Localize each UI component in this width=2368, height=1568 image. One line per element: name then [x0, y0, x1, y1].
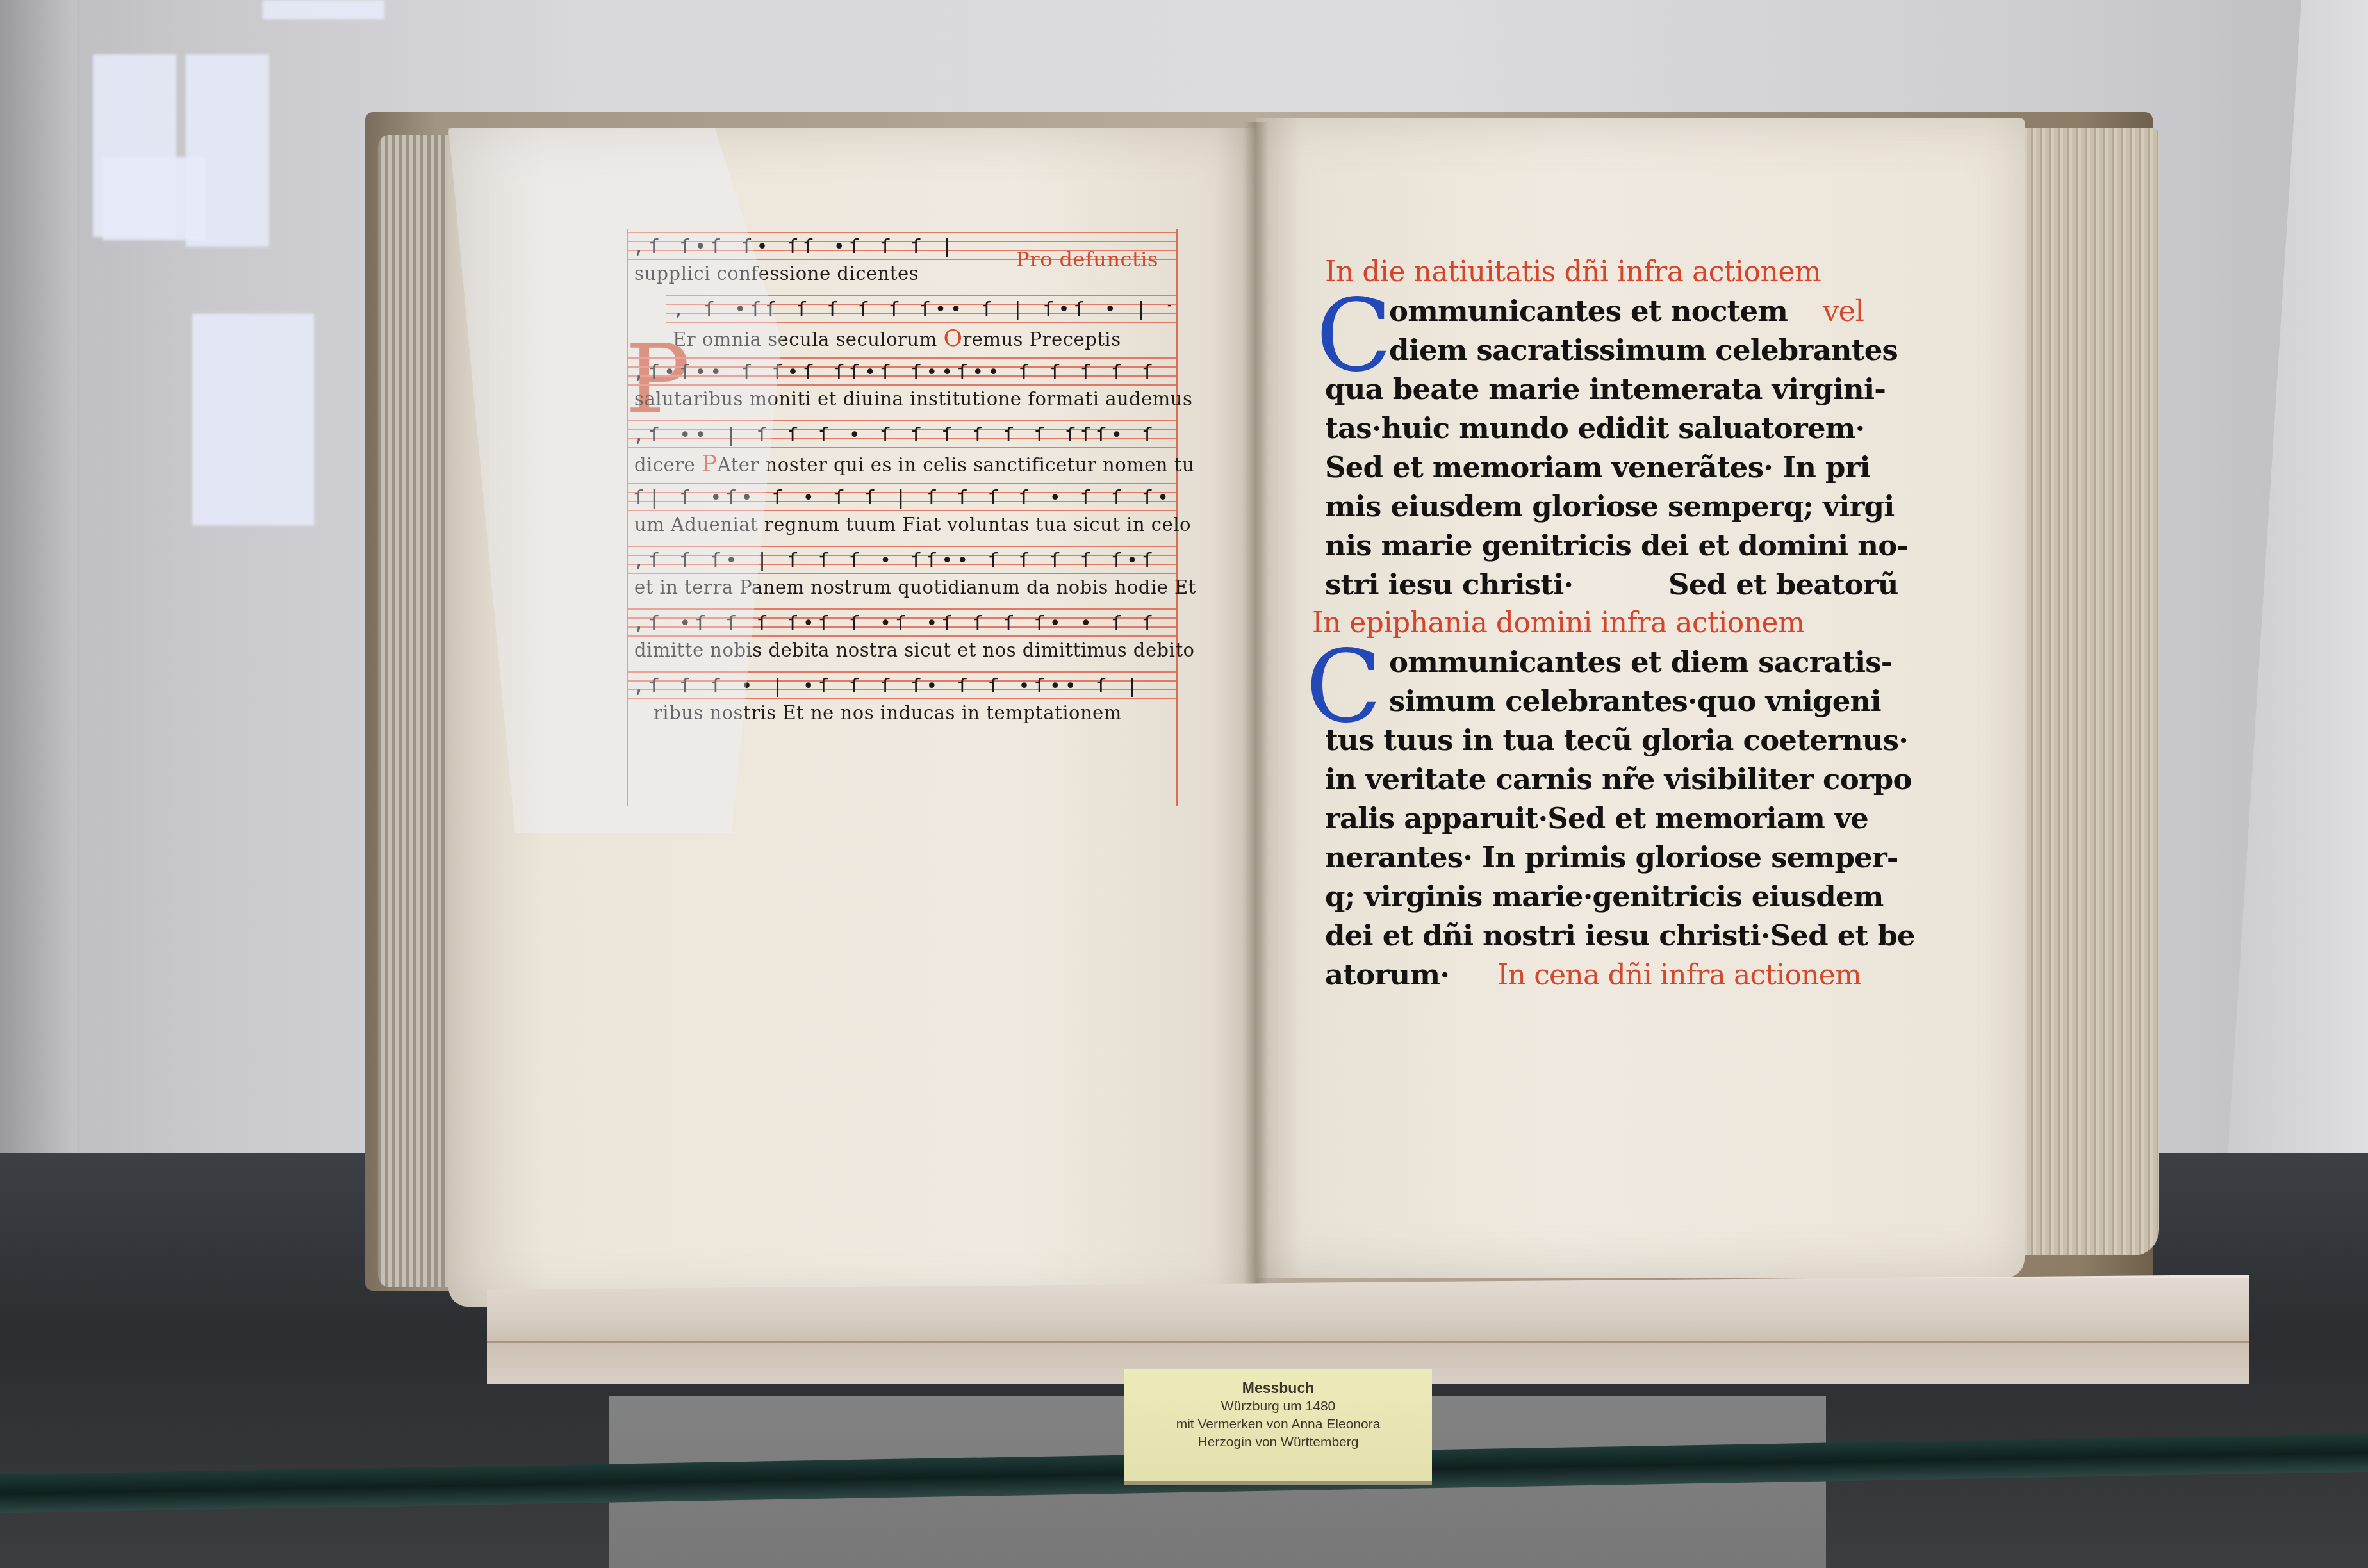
- wooden-shelf: [487, 1275, 2249, 1384]
- text-line: ralis apparuit·Sed et memoriam ve: [1325, 799, 1876, 838]
- window-light-reflection: [263, 0, 384, 19]
- blue-initial-c: C: [1316, 286, 1392, 386]
- book-page-block-right: [2018, 128, 2159, 1255]
- text-line: dei et dñi nostri iesu christi·Sed et be: [1325, 916, 1876, 955]
- lyric-text: Ater noster qui es in celis sanctificetu…: [718, 454, 1194, 476]
- text-line: q; virginis marie·genitricis eiusdem: [1325, 877, 1876, 916]
- lyric-text: remus Preceptis: [962, 329, 1121, 350]
- text-line: in veritate carnis nr̃e visibiliter corp…: [1325, 760, 1876, 799]
- exhibit-label: Messbuch Würzburg um 1480 mit Vermerken …: [1124, 1369, 1432, 1485]
- text-line: atorum· In cena dñi infra actionem: [1325, 955, 1876, 995]
- red-initial-o: O: [943, 325, 962, 352]
- text-span: ommunicantes et noctem: [1389, 294, 1788, 328]
- label-line: mit Vermerken von Anna Eleonora: [1124, 1416, 1432, 1433]
- rubric-cena-domini: In cena dñi infra actionem: [1497, 959, 1861, 992]
- rubric-pro-defunctis: Pro defunctis: [1015, 247, 1158, 272]
- window-light-reflection: [103, 157, 205, 240]
- missal-text-block: In die natiuitatis dñi infra actionem C …: [1325, 253, 1876, 995]
- text-line: stri iesu christi· Sed et beatorũ: [1325, 565, 1876, 604]
- label-line: Herzogin von Württemberg: [1124, 1433, 1432, 1451]
- text-line: tus tuus in tua tecũ gloria coeternus·: [1325, 721, 1876, 760]
- text-line: nis marie genitricis dei et domini no-: [1325, 526, 1876, 565]
- label-line: Würzburg um 1480: [1124, 1398, 1432, 1416]
- book-gutter: [1243, 122, 1269, 1307]
- text-line: mis eiusdem gloriose semperq; virgi: [1325, 487, 1876, 526]
- text-line: diem sacratissimum celebrantes: [1325, 331, 1876, 370]
- text-line: simum celebrantes·quo vnigeni: [1325, 682, 1876, 721]
- text-line: Sed et memoriam venerãtes· In pri: [1325, 448, 1876, 487]
- window-light-reflection: [192, 314, 314, 525]
- rubric-vel: vel: [1823, 294, 1864, 328]
- text-line: ommunicantes et noctem vel: [1325, 291, 1876, 331]
- text-span: atorum·: [1325, 958, 1449, 992]
- label-title: Messbuch: [1124, 1378, 1432, 1398]
- text-line: nerantes· In primis gloriose semper-: [1325, 838, 1876, 877]
- text-line: ommunicantes et diem sacratis-: [1325, 642, 1876, 682]
- rubric-epiphany: In epiphania domini infra actionem: [1312, 604, 1876, 642]
- blue-initial-c: C: [1306, 637, 1382, 737]
- text-line: qua beate marie intemerata virgini-: [1325, 370, 1876, 409]
- text-line: tas·huic mundo edidit saluatorem·: [1325, 409, 1876, 448]
- rubric-nativity: In die natiuitatis dñi infra actionem: [1325, 253, 1876, 291]
- paragraph-communicantes-2: C ommunicantes et diem sacratis- simum c…: [1325, 642, 1876, 721]
- paragraph-communicantes-1: C ommunicantes et noctem vel diem sacrat…: [1325, 291, 1876, 370]
